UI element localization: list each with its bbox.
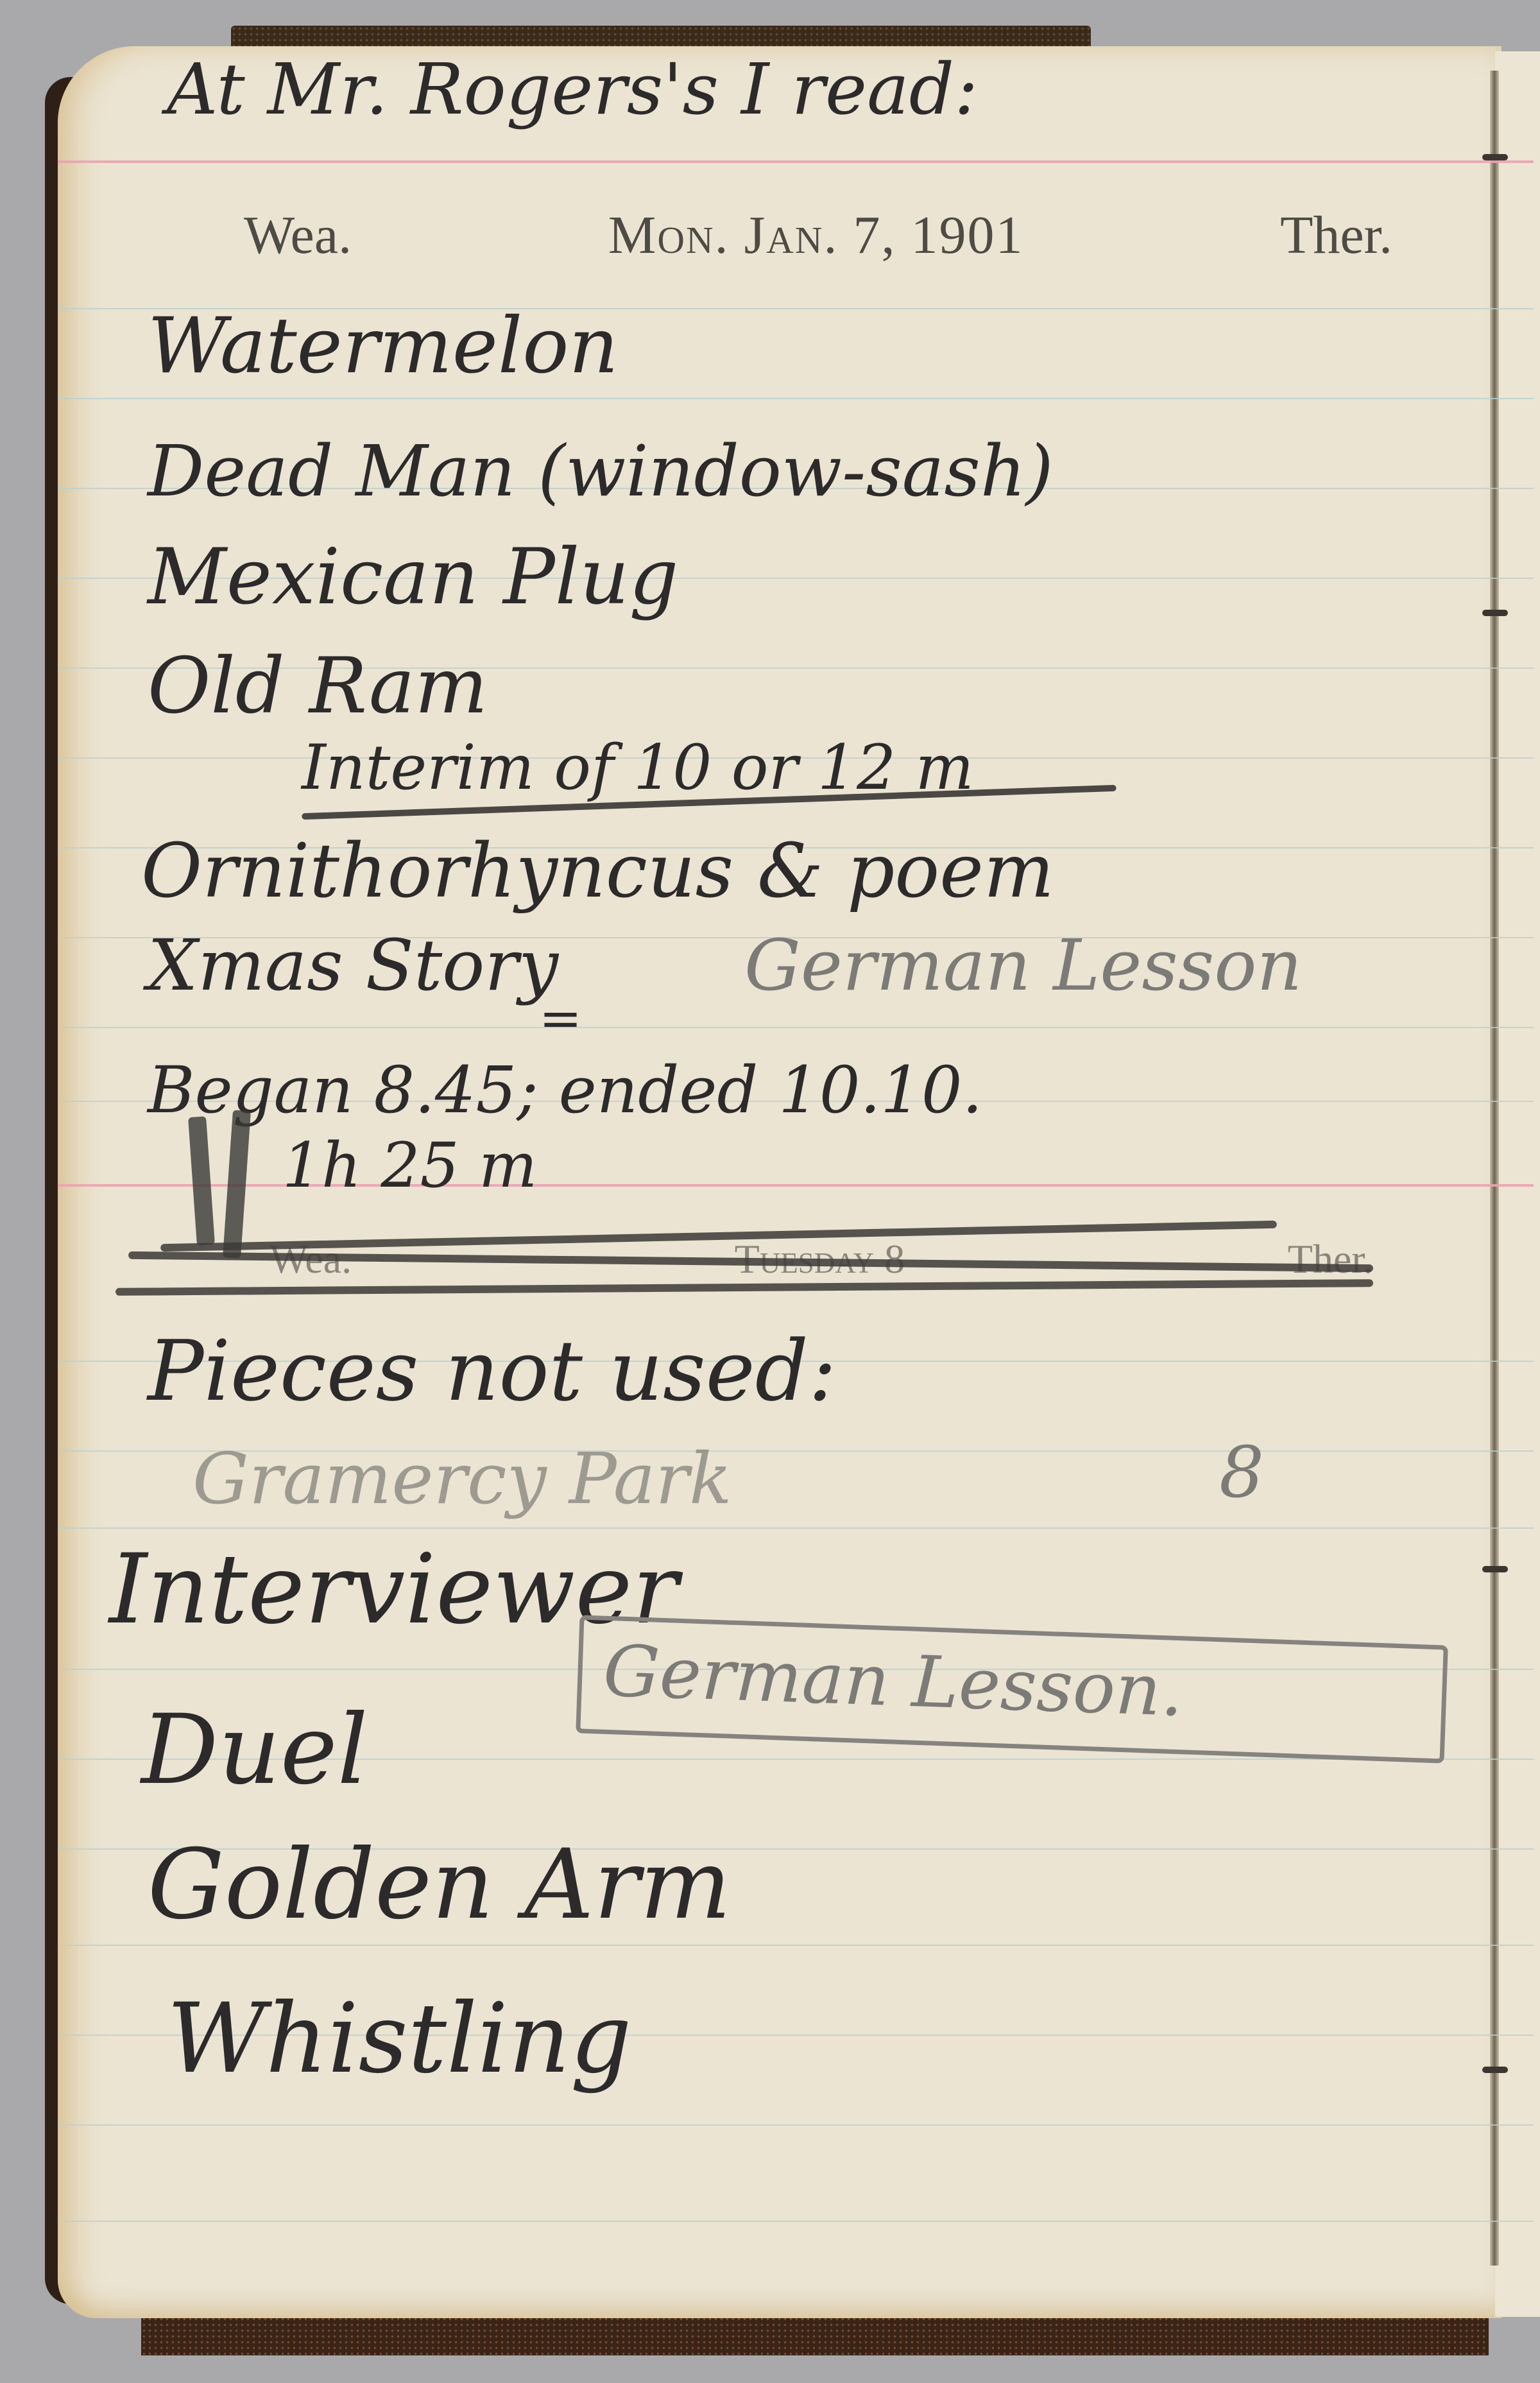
rule-line	[58, 1527, 1534, 1529]
equals-mark: =	[539, 988, 582, 1048]
pencil-gramercy-park: Gramercy Park	[193, 1438, 732, 1520]
weather-label: Wea.	[244, 204, 352, 266]
red-rule-line	[58, 160, 1534, 163]
pencil-german-lesson: German Lesson	[744, 924, 1302, 1006]
handwritten-heading: At Mr. Rogers's I read:	[167, 48, 978, 130]
pencil-number: 8	[1219, 1431, 1264, 1513]
diary-date: Mon. Jan. 7, 1901	[608, 204, 1024, 266]
timing-note: Began 8.45; ended 10.10.	[148, 1053, 982, 1128]
binding-stitch	[1482, 1566, 1508, 1572]
rule-line	[58, 398, 1534, 399]
item-golden-arm: Golden Arm	[148, 1829, 731, 1941]
item-ornithorhyncus: Ornithorhyncus & poem	[141, 828, 1054, 915]
item-watermelon: Watermelon	[148, 302, 619, 391]
item-dead-man: Dead Man (window-sash)	[148, 430, 1054, 512]
printed-date-header: Wea. Mon. Jan. 7, 1901 Ther.	[244, 204, 1392, 275]
rule-line	[58, 1945, 1534, 1946]
item-whistling: Whistling	[167, 1983, 632, 2095]
thermometer-label: Ther.	[1280, 204, 1392, 266]
rule-line	[58, 2221, 1534, 2222]
item-mexican-plug: Mexican Plug	[148, 533, 678, 622]
binding-stitch	[1482, 154, 1508, 160]
red-rule-line	[58, 1184, 1534, 1187]
heading-pieces-not-used: Pieces not used:	[148, 1322, 837, 1420]
thermometer-label: Ther.	[1288, 1235, 1373, 1283]
rule-line	[58, 2124, 1534, 2126]
binding-stitch	[1482, 610, 1508, 616]
item-xmas-story: Xmas Story	[148, 924, 558, 1006]
item-duel: Duel	[141, 1694, 368, 1806]
binding-gutter	[1490, 71, 1499, 2266]
item-old-ram: Old Ram	[148, 642, 488, 731]
binding-stitch	[1482, 2067, 1508, 2073]
rule-line	[58, 1027, 1534, 1028]
duration-note: 1h 25 m	[282, 1130, 537, 1201]
